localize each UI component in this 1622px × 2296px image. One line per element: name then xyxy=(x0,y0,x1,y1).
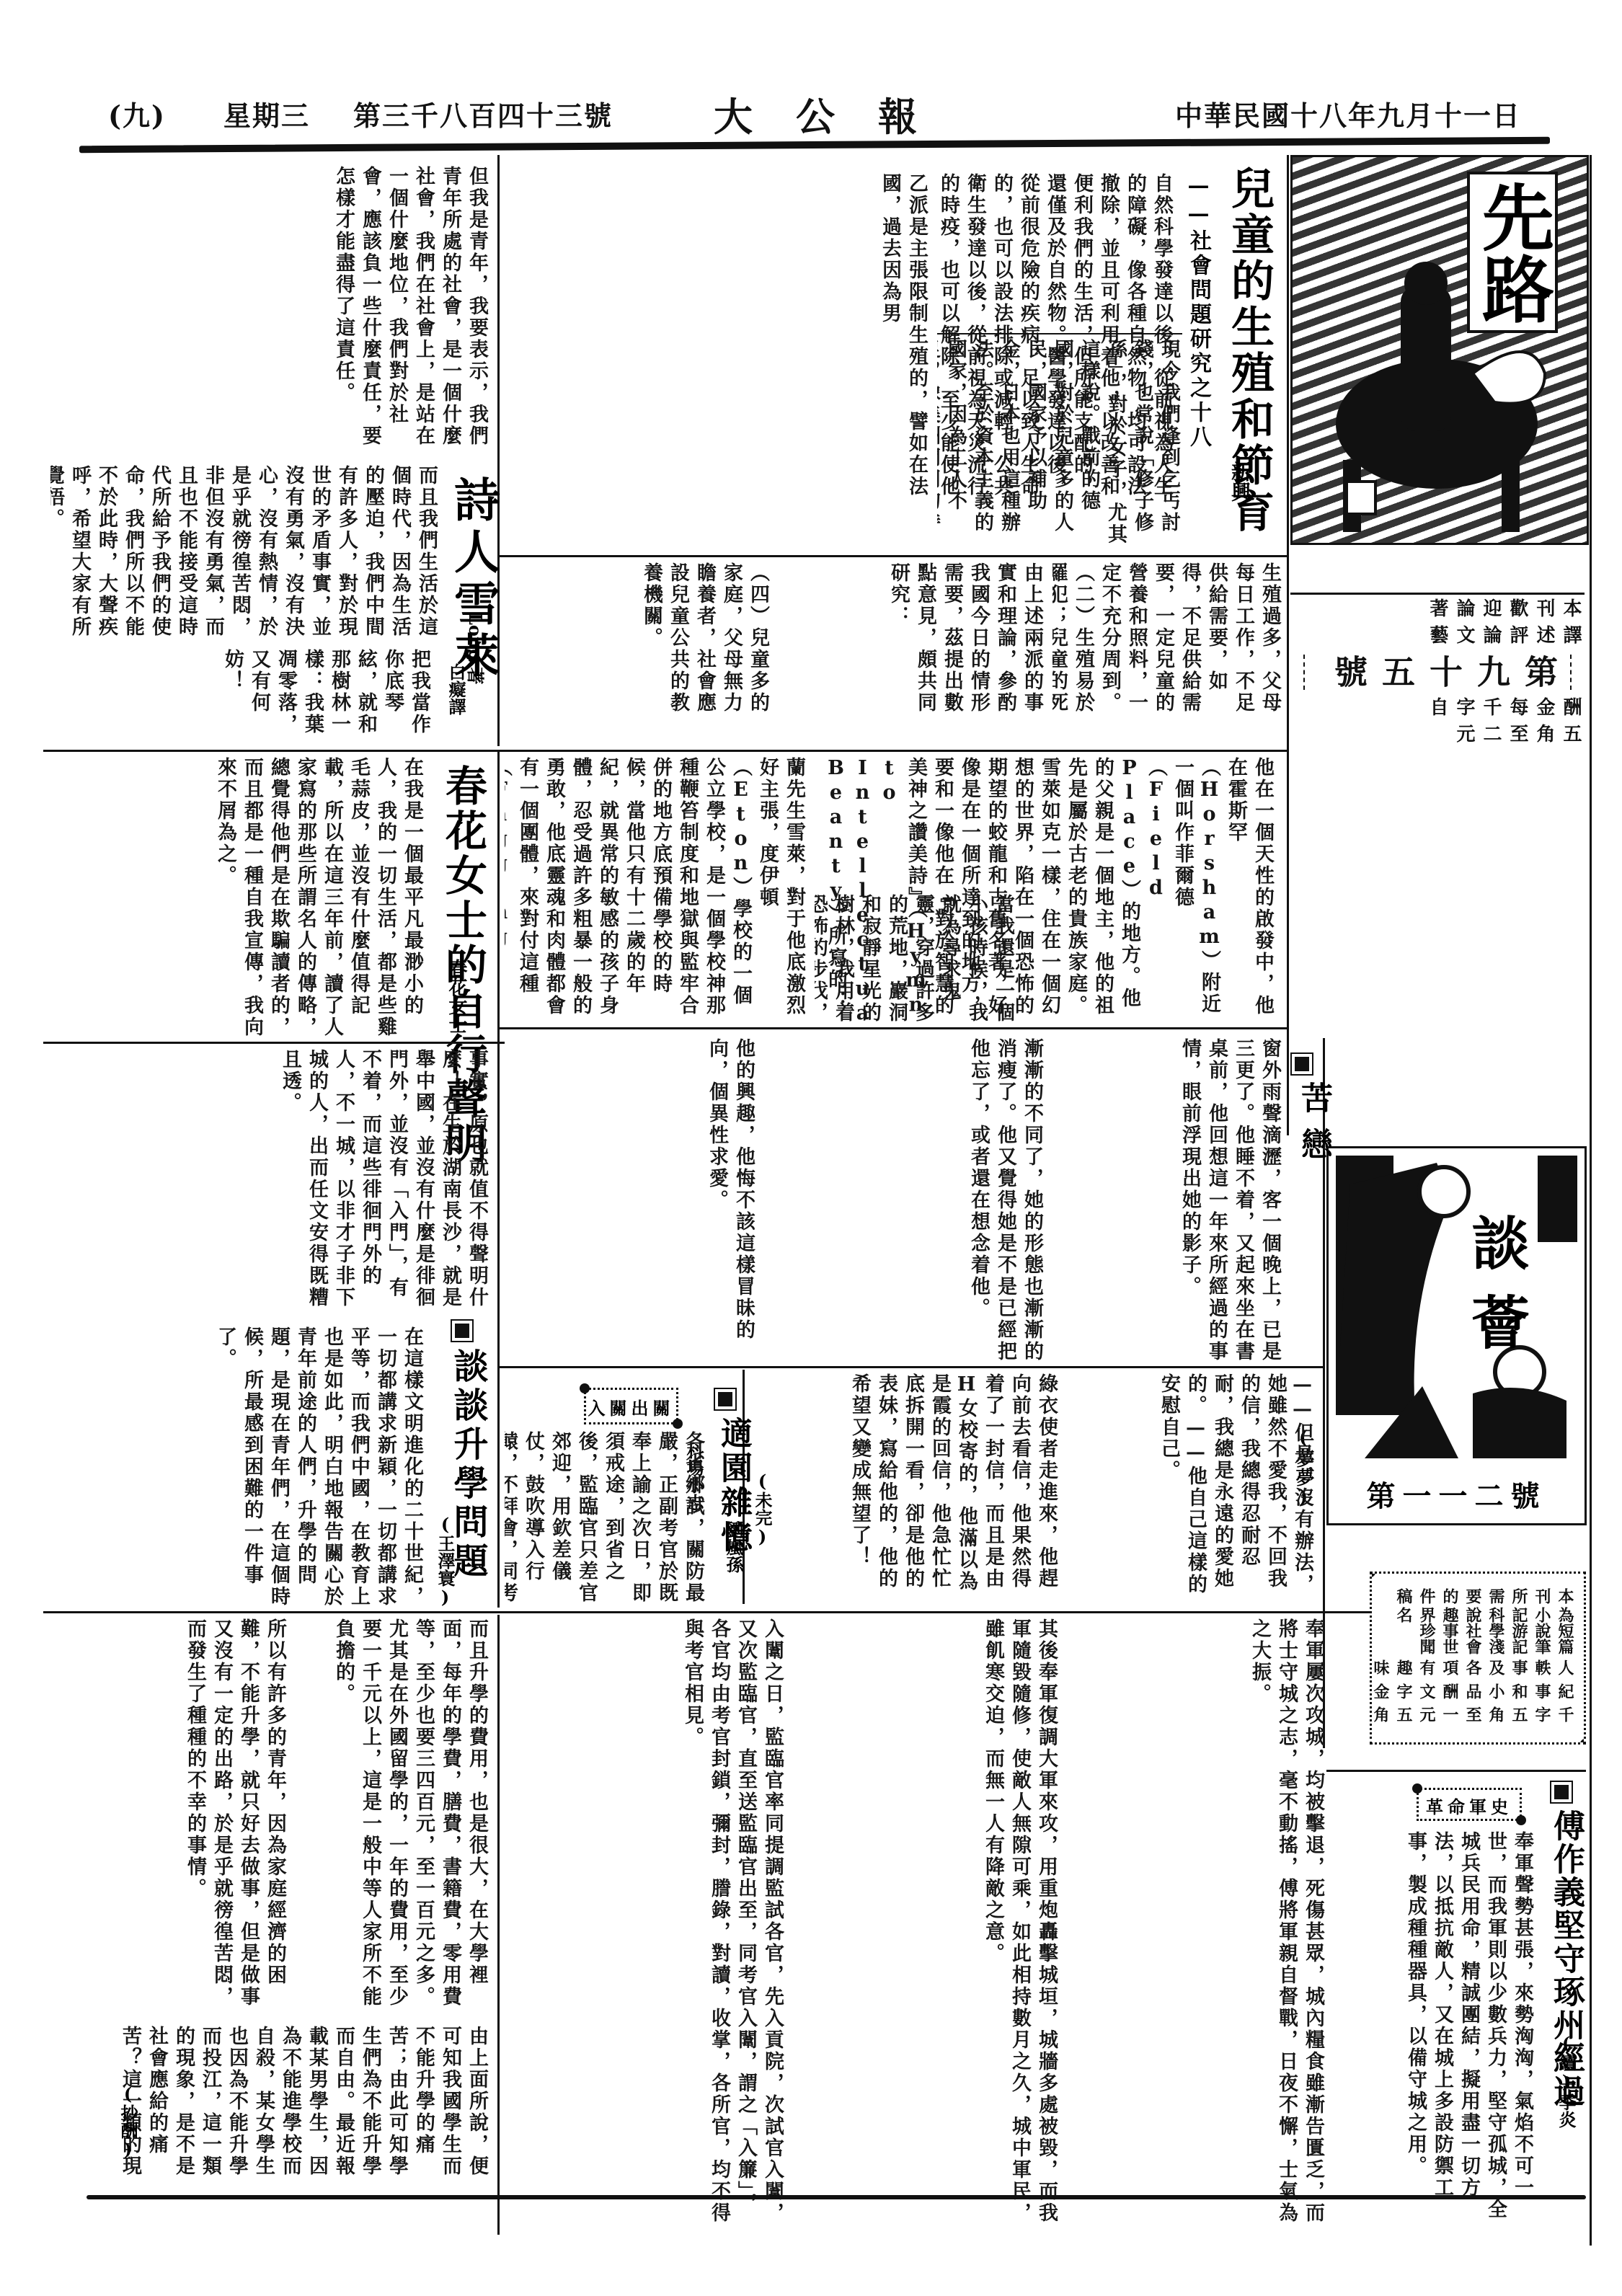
xianlu-banner: 先路 xyxy=(1290,155,1589,545)
kulian-heading xyxy=(1290,1052,1313,1076)
payment-line: 五角至二元 xyxy=(1290,724,1585,743)
column-divider xyxy=(497,750,500,1038)
shelley-paragraph: 當我還是一個小孩時候，我就為尋求鬼靈，穿過許多的荒地，巖洞和寂靜星光的樹林，我用… xyxy=(815,894,1016,1024)
page-bottom-rule xyxy=(87,2195,1586,2199)
tanhui-banner: 談薈 第一一二號 xyxy=(1326,1146,1587,1525)
shiyuan-paragraph: 入闈之日，監臨官率同提調監試各官，先入貢院，次試官入闈，又次監臨官，直至送監臨官… xyxy=(505,1618,786,2235)
notice-line: 本刊歡迎論著 xyxy=(1290,598,1585,621)
box-title: 入關出關 xyxy=(586,1394,676,1419)
page-number: (九) xyxy=(108,94,166,133)
box-title-frame: 革命軍史 xyxy=(1417,1788,1522,1821)
article-paragraph: 而且我們生活於這個時代，因為生活的壓迫，我們中間有許多人，對於現世的矛盾事實，並… xyxy=(50,465,440,645)
shengxue-paragraph: 所以有許多的青年，因為家庭經濟的困難，不能升學，就只好去做事，但是做事又沒有一定… xyxy=(50,1618,288,2022)
notice-line: 人軼事及各項有趣味之 xyxy=(1379,1659,1577,1683)
notice-line: 本刊所需要的件稿 xyxy=(1379,1588,1577,1607)
shiyuan-paragraph: 各省鄉試，關防最嚴，正副考官於既奉上諭之次日，即須戒途，到省之後，監臨官只差官郊… xyxy=(505,1431,706,1604)
column-divider xyxy=(497,1615,500,2235)
kulian-paragraph: 漸漸的不同了，她的形態也漸漸的消瘦了。他又覺得她是不是已經把他忘了，或者還在想念… xyxy=(764,1038,1045,1362)
fuzuoyi-heading xyxy=(1550,1781,1573,1804)
xianlu-issue-number: 第九十五號 xyxy=(1303,655,1572,690)
shengxue-author: (王澤寰) xyxy=(433,1514,458,1608)
page-right-border xyxy=(1590,155,1592,2246)
weekday: 星期三 xyxy=(223,94,310,133)
notice-line: 譯述評論文藝 xyxy=(1290,625,1585,647)
tanhui-title: 談薈 xyxy=(1455,1213,1538,1372)
shelley-author: Long 著 xyxy=(465,613,495,684)
shengxue-paragraph: 在這樣文明進化的二十世紀，一切都講求新穎，一切都講求平等，而我們中國，在教育上也… xyxy=(50,1326,425,1608)
square-section-marker-icon xyxy=(1290,1052,1313,1076)
shelley-paragraph: 把我當作你底琴絃，就和那樹林一樣：我葉凋零落，又有何妨！ xyxy=(50,649,433,743)
article-paragraph: 生殖過多，父母每日工作，不足供給需要，如得，不足供給需要，一定兒童的營養和照料，… xyxy=(1052,562,1283,728)
article-paragraph: 由上述兩派的事實和理論，參酌我國今日的情形需要，茲提出數點意見，頗共同研究： xyxy=(779,562,1045,728)
divider xyxy=(43,750,1287,752)
fuzuoyi-paragraph: 其後奉軍復調大軍來攻，用重炮轟擊城垣，城牆多處被毀，而我軍隨毀隨修，使敵人無隙可… xyxy=(793,1618,1060,2235)
divider xyxy=(43,1611,1370,1613)
fuzuoyi-paragraph: 奉軍屢次攻城，均被擊退，死傷甚眾，城內糧食雖漸告匱乏，而將士守城之志，毫不動搖，… xyxy=(1067,1618,1326,2235)
column-divider xyxy=(1287,155,1289,1135)
square-section-marker-icon xyxy=(714,1388,737,1411)
kulian-paragraph: 他的興趣，他悔不該這樣冒昧的向，個異性求愛。 xyxy=(505,1038,757,1362)
kulian-title: 苦戀 xyxy=(1290,1081,1337,1174)
masthead: (九) 星期三 第三千八百四十三號 大公報 中華民國十八年九月十一日 xyxy=(108,94,1535,137)
chunhua-paragraph: 事實，原也就值不得聲明什麼！在生於湖南長沙，就是舉中國，並沒有什麼是徘徊門外，並… xyxy=(50,1049,490,1316)
box-title: 革命軍史 xyxy=(1419,1793,1520,1818)
shiyuan-heading xyxy=(714,1388,737,1411)
payment-line: 酬金每千字自 xyxy=(1290,697,1585,719)
divider xyxy=(497,1366,1323,1368)
kulian-paragraph: ——但是，沒有辦法，她雖然不愛我，不回我的信，我總得忍耐忍耐，我總是永遠的愛她的… xyxy=(1067,1373,1316,1604)
box-title-frame: 入關出關 xyxy=(584,1388,678,1424)
notice-line: 為短篇小說筆記游記科學淺說社會趣事世界珍聞名 xyxy=(1379,1607,1577,1659)
fuzuoyi-paragraph: 奉軍聲勢甚張，來勢洶洶，氣焰不可一世，而我軍則以少數兵力，堅守孤城，全城兵民用命… xyxy=(1334,1831,1535,2235)
shelley-translator: 白癡譯 xyxy=(443,663,469,715)
notice-line: 紀事和小品酬文字金每 xyxy=(1379,1683,1577,1707)
divider xyxy=(937,333,1182,334)
shengxue-heading xyxy=(451,1319,474,1342)
shengxue-paragraph: 由上面所說，便可知我國學生而不能升學的痛苦；由此可知學生們為不能升學而自由。最近… xyxy=(123,2026,490,2177)
divider xyxy=(1326,1770,1586,1772)
tanhui-issue-number: 第一一二號 xyxy=(1329,1473,1585,1515)
article-ending-marker: (抄酬) xyxy=(115,2083,141,2160)
date: 中華民國十八年九月十一日 xyxy=(1175,94,1521,133)
kulian-paragraph: 綠衣使者走進來，他趕向前去看信，他果然得着了一封信，而且是由H女校寄的，他滿以為… xyxy=(786,1373,1060,1604)
tanhui-notice-box: 本刊所需要的件稿 為短篇小說筆記游記科學淺說社會趣事世界珍聞名 人軼事及各項有趣… xyxy=(1370,1572,1586,1745)
article-paragraph: 但我是青年，我要表示，我們青年所處的社會，是一個什麼社會，我們在社會上，是站在一… xyxy=(50,166,490,461)
notice-line: 千字五角至一元五角 xyxy=(1379,1706,1577,1728)
divider xyxy=(497,555,1287,557)
divider xyxy=(43,1042,505,1044)
fuzuoyi-author: 一季炎 xyxy=(1554,2076,1579,2128)
square-section-marker-icon xyxy=(451,1319,474,1342)
chunhua-paragraph: 在我是一個最平凡最渺小的人，我的一切生活，都是些雞毛蒜皮，並沒有什麼值得記載，所… xyxy=(50,757,425,1038)
article-paragraph: （四）兒童多的家庭，父母無力瞻養者，社會應設兒童公共的教養機關。 xyxy=(519,562,771,728)
article-author: 新興 xyxy=(1226,461,1254,502)
xianlu-notice: 本刊歡迎論著 譯述評論文藝 第九十五號 酬金每千字自 五角至二元 xyxy=(1290,598,1585,743)
divider xyxy=(1290,593,1585,595)
newspaper-name: 大公報 xyxy=(714,87,960,142)
square-section-marker-icon xyxy=(1550,1781,1573,1804)
article-paragraph: 現今我們逢到乞丐討錢，也常說「修子修孫」，對於女子，尤其這樣說。戰前的德國，對於… xyxy=(937,339,1182,548)
issue-number: 第三千八百四十三號 xyxy=(353,94,613,133)
shiyuan-author: 劉嵐孫 xyxy=(721,1521,746,1573)
column-divider xyxy=(497,1038,500,1608)
shelley-paragraph: 蘭先生雪萊，對于他底激烈好主張，度伊頓（Eton）學校的一個公立學校，是一個學校… xyxy=(505,757,807,1024)
kulian-paragraph: 窗外雨聲滴瀝，客一個晚上，已是三更了。他睡不着，又起來坐在書桌前，他回想這一年來… xyxy=(1052,1038,1283,1362)
chunhua-author: 春花女士 xyxy=(443,959,470,1034)
article-paragraph: 乙派是主張限制生殖的，譬如在法國，過去因為男 xyxy=(505,173,930,533)
shengxue-paragraph: 而且升學的費用，也是很大，在大學裡面，每年的學費，膳費，書籍費，零用費等，至少也… xyxy=(296,1618,490,2022)
divider xyxy=(497,1027,1287,1029)
xianlu-title: 先路 xyxy=(1467,172,1558,333)
article-subtitle: ——社會問題研究之十八 xyxy=(1182,173,1214,450)
